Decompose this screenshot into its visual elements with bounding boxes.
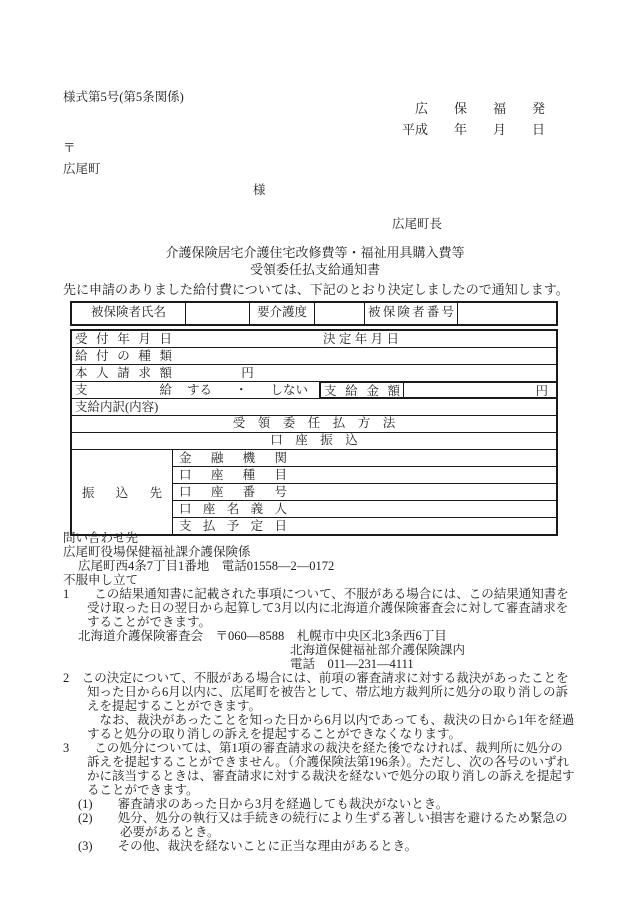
document-page: 様式第5号(第5条関係) 広 保 福 発 平成 年 月 日 〒 広尾町 様 広尾… bbox=[0, 0, 630, 915]
payment-option-yes: する bbox=[187, 383, 212, 398]
reception-date-value bbox=[175, 331, 320, 347]
bank-row: 口座種目 bbox=[173, 466, 556, 483]
appeal-sub-item-3: (3) その他、裁決を経ないことに正当な理由があるとき。 bbox=[63, 839, 575, 853]
insured-info-table: 被保険者氏名 要介護度 被保険者番号 bbox=[70, 301, 558, 326]
appeal-item-2-note: なお、裁決があったことを知った日から6月以内であっても、裁決の日から1年を経過す… bbox=[63, 713, 575, 741]
benefit-type-value bbox=[175, 348, 556, 364]
inquiry-address-phone: 広尾町西4条7丁目1番地 電話01558—2—0172 bbox=[63, 559, 575, 573]
payee-label-cell: 振込先 bbox=[72, 450, 172, 534]
postal-mark: 〒 bbox=[63, 138, 76, 156]
insured-name-label: 被保険者氏名 bbox=[72, 303, 185, 324]
breakdown-value bbox=[175, 399, 556, 415]
reception-date-label: 受付年月日 bbox=[72, 331, 175, 347]
decision-date-label: 決定年月日 bbox=[320, 331, 402, 347]
appeal-board-address: 北海道介護保険審査会 〒060—8588 札幌市中央区北3条西6丁目 bbox=[63, 629, 575, 643]
payment-options: する ・ しない bbox=[175, 382, 320, 398]
benefit-type-label: 給付の種類 bbox=[72, 348, 175, 364]
appeal-item-3: 3 この処分については、第1項の審査請求の裁決を経た後でなければ、裁判所に処分の… bbox=[63, 741, 575, 797]
payment-label: 支給 bbox=[72, 382, 175, 398]
honorific: 様 bbox=[253, 180, 266, 198]
care-level-value bbox=[314, 303, 364, 324]
sender-name: 広尾町長 bbox=[392, 214, 442, 232]
appeal-board-dept: 北海道保健福祉部介護保険課内 bbox=[63, 643, 575, 657]
decision-table: 受付年月日 決定年月日 給付の種類 本人請求額 円 支給 する ・ しない 支給… bbox=[70, 329, 558, 536]
bank-row: 口座番号 bbox=[173, 483, 556, 500]
method-value: 口 座 振 込 bbox=[72, 432, 556, 449]
form-number: 様式第5号(第5条関係) bbox=[63, 87, 184, 105]
bank-row-value bbox=[293, 484, 556, 500]
bank-row-label: 口座種目 bbox=[173, 467, 293, 483]
insured-name-value bbox=[185, 303, 249, 324]
notes-section: 問い合わせ先 広尾町役場保健福祉課介護保険係 広尾町西4条7丁目1番地 電話01… bbox=[63, 531, 575, 853]
bank-row-label: 口座名義人 bbox=[173, 501, 293, 517]
appeal-item-1: 1 この結果通知書に記載された事項について、不服がある場合には、この結果通知書を… bbox=[63, 587, 575, 629]
care-level-label: 要介護度 bbox=[249, 303, 314, 324]
date-line: 平成 年 月 日 bbox=[402, 119, 545, 140]
bank-row: 口座名義人 bbox=[173, 500, 556, 517]
appeal-title: 不服申し立て bbox=[63, 573, 575, 587]
inquiry-office: 広尾町役場保健福祉課介護保険係 bbox=[63, 545, 575, 559]
claimed-amount-label: 本人請求額 bbox=[72, 365, 175, 381]
addressee-name: 広尾町 bbox=[63, 159, 101, 177]
payment-option-no: しない bbox=[270, 383, 308, 398]
claimed-amount-unit: 円 bbox=[178, 366, 317, 380]
bank-transfer-block: 振込先 金融機関 口座種目 口座番号 口座名義人 bbox=[72, 449, 556, 534]
payee-label: 振込先 bbox=[82, 483, 162, 501]
breakdown-label: 支給内訳(内容) bbox=[72, 399, 175, 415]
decision-date-value bbox=[402, 331, 556, 347]
insured-number-label: 被保険者番号 bbox=[364, 303, 457, 324]
doc-title-line1: 介護保険居宅介護住宅改修費等・福祉用具購入費等 bbox=[0, 244, 630, 261]
inquiry-title: 問い合わせ先 bbox=[63, 531, 575, 545]
payment-amount-box: 支給金額 円 bbox=[319, 381, 558, 399]
header-right-block: 広 保 福 発 平成 年 月 日 bbox=[402, 98, 545, 140]
bank-row-value bbox=[293, 467, 556, 483]
bank-row-label: 口座番号 bbox=[173, 484, 293, 500]
bank-row-value bbox=[293, 501, 556, 517]
bank-row-value bbox=[293, 450, 556, 466]
claimed-amount-cell: 円 bbox=[175, 365, 556, 381]
appeal-board-phone: 電話 011—231—4111 bbox=[63, 657, 575, 671]
bank-row-label: 金融機関 bbox=[173, 450, 293, 466]
appeal-sub-item-1: (1) 審査請求のあった日から3月を経過しても裁決がないとき。 bbox=[63, 797, 575, 811]
appeal-item-2: 2 この決定について、不服がある場合には、前項の審査請求に対する裁決があったこと… bbox=[63, 671, 575, 713]
payment-option-separator: ・ bbox=[235, 383, 248, 398]
payment-amount-label: 支給金額 bbox=[321, 383, 403, 397]
intro-text: 先に申請のありました給付費については、下記のとおり決定しましたので通知します。 bbox=[63, 279, 569, 298]
appeal-sub-item-2: (2) 処分、処分の執行又は手続きの続行により生ずる著しい損害を避けるため緊急の… bbox=[63, 811, 575, 839]
insured-number-value bbox=[457, 303, 556, 324]
bank-row: 金融機関 bbox=[173, 450, 556, 466]
payment-amount-unit: 円 bbox=[403, 383, 556, 397]
method-header: 受 領 委 任 払 方 法 bbox=[72, 415, 556, 432]
doc-title-line2: 受領委任払支給通知書 bbox=[0, 261, 630, 278]
document-title: 介護保険居宅介護住宅改修費等・福祉用具購入費等 受領委任払支給通知書 bbox=[0, 244, 630, 278]
ref-code: 広 保 福 発 bbox=[402, 98, 545, 119]
bank-rows: 金融機関 口座種目 口座番号 口座名義人 支払予定日 bbox=[172, 450, 556, 534]
